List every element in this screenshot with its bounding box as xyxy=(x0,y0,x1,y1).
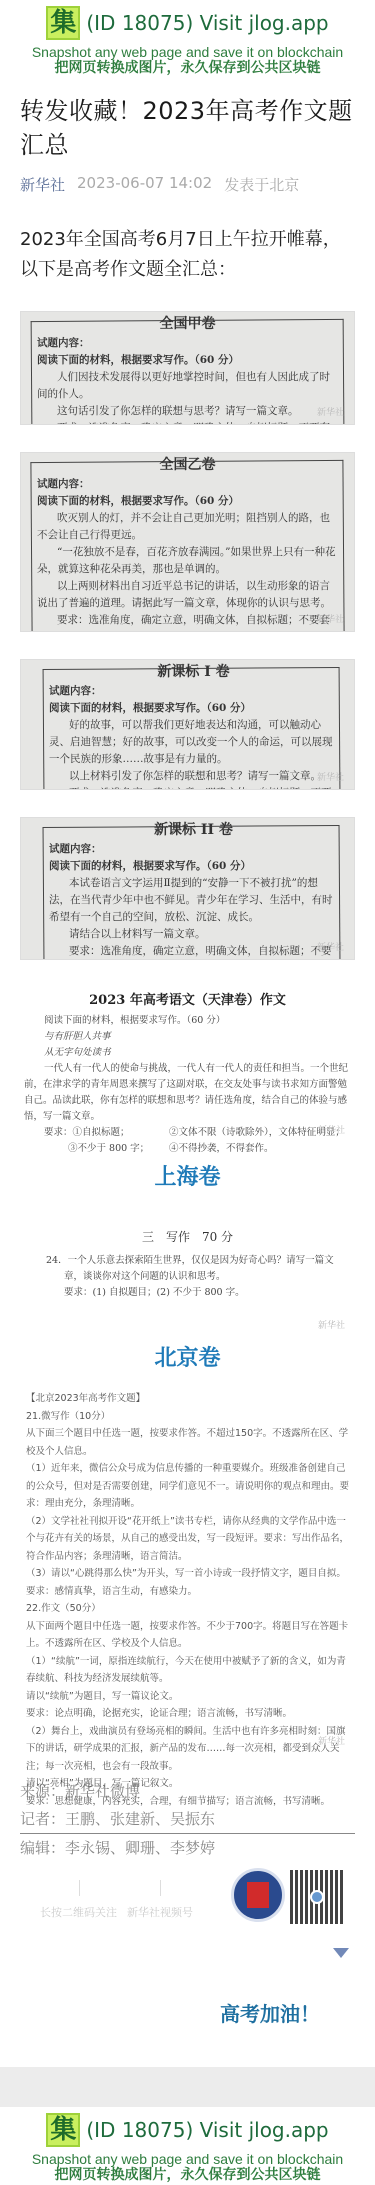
exam-line: 从下面三个题目中任选一题，按要求作答。不超过150字。不透露所在区、学校及个人信… xyxy=(26,1425,349,1460)
exam-image-tianjin: 2023 年高考语文（天津卷）作文 阅读下面的材料，根据要求写作。（60 分） … xyxy=(20,987,355,1142)
jlog-id-link[interactable]: (ID 18075) Visit jlog.app xyxy=(86,11,328,35)
exam-req: 要求：(1) 自拟题目；(2) 不少于 800 字。 xyxy=(30,1285,345,1301)
exam-req: 要求：①自拟标题； xyxy=(44,1125,169,1141)
watermark-logo: 新华社 xyxy=(317,940,344,953)
exam-line: 这句话引发了你怎样的联想与思考？请写一篇文章。 xyxy=(37,403,338,420)
watermark-logo: 新华社 xyxy=(318,1123,345,1136)
article-meta: 新华社 2023-06-07 14:02 发表于北京 xyxy=(0,162,375,195)
section-title-shanghai: 上海卷 xyxy=(0,1160,375,1191)
exam-instruction: 阅读下面的材料，根据要求写作。（60 分） xyxy=(24,1013,351,1029)
watermark-logo: 新华社 xyxy=(318,1318,345,1331)
exam-image-xinkebiao-2: 新课标 II 卷 试题内容： 阅读下面的材料，根据要求写作。（60 分） 本试卷… xyxy=(20,817,355,960)
exam-question: 24．一个人乐意去探索陌生世界，仅仅是因为好奇心吗？请写一篇文章，谈谈你对这个问… xyxy=(30,1253,345,1285)
exam-line: 好的故事，可以帮我们更好地表达和沟通，可以触动心灵、启迪智慧；好的故事，可以改变… xyxy=(49,717,338,768)
exam-line: 人们因技术发展得以更好地掌控时间，但也有人因此成了时间的仆人。 xyxy=(37,369,338,403)
follow-hint-channel: 新华社视频号 xyxy=(127,1904,193,1920)
exam-line: （2）舞台上，戏曲演员有登场亮相的瞬间。生活中也有许多亮相时刻：国旗下的讲话，研… xyxy=(26,1723,349,1776)
jlog-id-link[interactable]: (ID 18075) Visit jlog.app xyxy=(86,2118,328,2142)
exam-line: “一花独放不是春，百花齐放春满园。”如果世界上只有一种花朵，就算这种花朵再美，那… xyxy=(37,544,338,578)
couplet-line: 与有肝胆人共事 xyxy=(24,1029,351,1045)
exam-image-shanghai: 三 写作 70 分 24．一个人乐意去探索陌生世界，仅仅是因为好奇心吗？请写一篇… xyxy=(20,1229,355,1337)
exam-line: 吹灭别人的灯，并不会让自己更加光明；阻挡别人的路，也不会让自己行得更远。 xyxy=(37,510,338,544)
exam-label: 试题内容： xyxy=(49,841,338,858)
triangle-down-icon xyxy=(333,1948,349,1958)
exam-line: （3）请以“心跳得那么快”为开头，写一首小诗或一段抒情文字，题目自拟。要求：感情… xyxy=(26,1565,349,1600)
exam-header: 全国乙卷 xyxy=(37,457,338,474)
watermark-logo: 新华社 xyxy=(318,1734,345,1752)
page-end-divider xyxy=(0,2067,375,2107)
exam-image-beijing: 【北京2023年高考作文题】 21.微写作（10分） 从下面三个题目中任选一题，… xyxy=(20,1390,355,1755)
exam-label: 试题内容： xyxy=(37,335,338,352)
exam-line: 请以“续航”为题目，写一篇议论文。 xyxy=(26,1688,349,1706)
exam-line: （2）文学社社刊拟开设“花开纸上”读书专栏，请你从经典的文学作品中选一个与花卉有… xyxy=(26,1513,349,1566)
article-location: 发表于北京 xyxy=(224,174,299,195)
article-datetime: 2023-06-07 14:02 xyxy=(77,174,212,195)
jlog-tagline-en: Snapshot any web page and save it on blo… xyxy=(0,44,375,60)
jlog-logo-icon: 集 xyxy=(46,6,80,40)
section-title-beijing: 北京卷 xyxy=(0,1341,375,1372)
exam-header: 新课标 II 卷 xyxy=(49,822,338,839)
exam-instruction: 阅读下面的材料，根据要求写作。（60 分） xyxy=(49,700,338,717)
exam-line: 要求：选准角度，确定立意，明确文体，自拟标题；不要套作，不得抄袭； xyxy=(37,612,338,632)
exam-line: 从下面两个题目中任选一题，按要求作答。不少于700字。将题目写在答题卡上。不透露… xyxy=(26,1618,349,1653)
article-intro: 2023年全国高考6月7日上午拉开帷幕，以下是高考作文题全汇总： xyxy=(0,195,375,285)
exam-line: （1）近年来，微信公众号成为信息传播的一种重要媒介。班级准备创建自己的公众号，但… xyxy=(26,1460,349,1513)
exam-line: 【北京2023年高考作文题】 xyxy=(26,1390,349,1408)
xinhua-logo-icon xyxy=(231,1868,285,1922)
exam-req: ④不得抄袭，不得套作。 xyxy=(169,1141,274,1157)
jlog-tagline-cn: 把网页转换成图片，永久保存到公共区块链 xyxy=(0,2167,375,2183)
exam-header: 新课标 I 卷 xyxy=(49,664,338,681)
cheer-text: 高考加油！ xyxy=(0,1998,375,2027)
jlog-logo-icon: 集 xyxy=(46,2113,80,2147)
jlog-banner-top: 集 (ID 18075) Visit jlog.app Snapshot any… xyxy=(0,0,375,76)
watermark-logo: 新华社 xyxy=(317,612,344,625)
exam-line: 本试卷语言文字运用Ⅱ提到的“安静一下不被打扰”的想法，在当代青少年中也不鲜见。青… xyxy=(49,875,338,926)
exam-image-quanguo-jia: 全国甲卷 试题内容： 阅读下面的材料，根据要求写作。（60 分） 人们因技术发展… xyxy=(20,311,355,425)
credit-editors: 编辑：李永锡、卿珊、李梦婷 xyxy=(20,1834,355,1862)
couplet-line: 从无字句处读书 xyxy=(24,1045,351,1061)
article-title: 转发收藏！2023年高考作文题汇总 xyxy=(0,76,375,162)
exam-line: 要求：思想健康，内容充实，合理，有细节描写；语言流畅，书写清晰。 xyxy=(26,1793,349,1811)
exam-instruction: 阅读下面的材料，根据要求写作。（60 分） xyxy=(37,493,338,510)
exam-line: 以上材料引发了你怎样的联想和思考？请写一篇文章。 xyxy=(49,768,338,785)
exam-header: 三 写作 70 分 xyxy=(30,1229,345,1245)
jlog-banner-bottom: 集 (ID 18075) Visit jlog.app Snapshot any… xyxy=(0,2107,375,2183)
exam-image-quanguo-yi: 全国乙卷 试题内容： 阅读下面的材料，根据要求写作。（60 分） 吹灭别人的灯，… xyxy=(20,452,355,632)
exam-line: 要求：选准角度，确定立意，明确文体，自拟标题；不要套作，不得抄袭； xyxy=(49,943,338,960)
exam-line: 要求：论点明确，论据充实，论证合理；语言流畅，书写清晰。 xyxy=(26,1705,349,1723)
follow-section: 长按二维码关注 新华社视频号 xyxy=(0,1868,375,1928)
qr-code-icon[interactable] xyxy=(290,1870,344,1924)
exam-line: 以上两则材料出自习近平总书记的讲话，以生动形象的语言说出了普遍的道理。请据此写一… xyxy=(37,578,338,612)
watermark-logo: 新华社 xyxy=(317,770,344,783)
article-source-link[interactable]: 新华社 xyxy=(20,174,65,195)
exam-line: 请以“亮相”为题目，写一篇记叙文。 xyxy=(26,1775,349,1793)
exam-header: 全国甲卷 xyxy=(37,316,338,333)
exam-label: 试题内容： xyxy=(37,476,338,493)
exam-instruction: 阅读下面的材料，根据要求写作。（60 分） xyxy=(49,858,338,875)
exam-line: 21.微写作（10分） xyxy=(26,1408,349,1426)
exam-instruction: 阅读下面的材料，根据要求写作。（60 分） xyxy=(37,352,338,369)
exam-req: ③不少于 800 字； xyxy=(68,1141,169,1157)
watermark-logo: 新华社 xyxy=(317,405,344,418)
follow-hint-qr: 长按二维码关注 xyxy=(40,1904,117,1920)
jlog-tagline-cn: 把网页转换成图片，永久保存到公共区块链 xyxy=(0,60,375,77)
exam-line: （1）“续航”一词，原指连续航行，今天在使用中被赋予了新的含义，如为青春续航、科… xyxy=(26,1653,349,1688)
exam-body: 一代人有一代人的使命与挑战，一代人有一代人的责任和担当。一个世纪前，在津求学的青… xyxy=(24,1061,351,1125)
exam-line: 要求：选准角度，确定立意，明确文体，自拟标题；不要套作，不得抄袭； xyxy=(37,420,338,425)
exam-line: 请结合以上材料写一篇文章。 xyxy=(49,926,338,943)
exam-line: 22.作文（50分） xyxy=(26,1600,349,1618)
exam-label: 试题内容： xyxy=(49,683,338,700)
jlog-tagline-en: Snapshot any web page and save it on blo… xyxy=(0,2151,375,2167)
exam-line: 要求：选准角度，确定立意，明确文体，自拟标题；不要套作，不得抄袭； xyxy=(49,785,338,790)
exam-header: 2023 年高考语文（天津卷）作文 xyxy=(24,993,351,1009)
exam-image-xinkebiao-1: 新课标 I 卷 试题内容： 阅读下面的材料，根据要求写作。（60 分） 好的故事… xyxy=(20,659,355,790)
